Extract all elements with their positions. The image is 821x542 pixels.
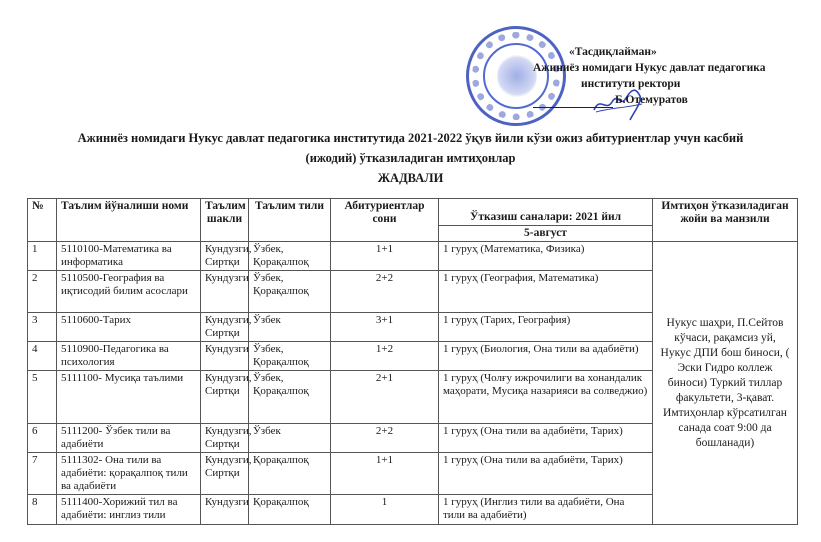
header-row: № Таълим йўналиши номи Таълим шакли Таъл…	[28, 199, 798, 226]
title-line-2: (ижодий) ўтказиладиган имтиҳонлар	[0, 148, 821, 168]
row-language: Ўзбек	[249, 424, 331, 453]
row-num: 8	[28, 495, 57, 525]
row-applicants: 1+2	[331, 342, 439, 371]
title-line-1: Ажиниёз номидаги Нукус давлат педагогика…	[0, 128, 821, 148]
row-group: 1 гуруҳ (Биология, Она тили ва адабиёти)	[439, 342, 653, 371]
approval-heading: «Тасдиқлайман»	[533, 44, 773, 60]
row-form: Кундузги, Сиртқи	[201, 371, 249, 424]
row-applicants: 2+1	[331, 371, 439, 424]
header-location: Имтиҳон ўтказиладиган жойи ва манзили	[653, 199, 798, 242]
row-direction: 5110100-Математика ва информатика	[57, 242, 201, 271]
row-language: Ўзбек, Қорақалпоқ	[249, 271, 331, 313]
row-language: Ўзбек	[249, 313, 331, 342]
row-group: 1 гуруҳ (Математика, Физика)	[439, 242, 653, 271]
row-group: 1 гуруҳ (География, Математика)	[439, 271, 653, 313]
row-language: Қорақалпоқ	[249, 495, 331, 525]
header-form: Таълим шакли	[201, 199, 249, 242]
row-num: 6	[28, 424, 57, 453]
row-language: Қорақалпоқ	[249, 453, 331, 495]
table-row: 15110100-Математика ва информатикаКундуз…	[28, 242, 798, 271]
row-applicants: 3+1	[331, 313, 439, 342]
row-direction: 5111302- Она тили ва адабиёти: қорақалпо…	[57, 453, 201, 495]
exam-schedule-table: № Таълим йўналиши номи Таълим шакли Таъл…	[27, 198, 798, 525]
row-language: Ўзбек, Қорақалпоқ	[249, 242, 331, 271]
row-num: 5	[28, 371, 57, 424]
title-line-3: ЖАДВАЛИ	[0, 168, 821, 188]
row-language: Ўзбек, Қорақалпоқ	[249, 371, 331, 424]
row-direction: 5110900-Педагогика ва психология	[57, 342, 201, 371]
row-form: Кундузги, Сиртқи	[201, 313, 249, 342]
approval-institution: Ажиниёз номидаги Нукус давлат педагогика	[533, 60, 773, 76]
header-date-sub: 5-август	[439, 226, 653, 242]
header-applicants: Абитуриентлар сони	[331, 199, 439, 242]
document-title: Ажиниёз номидаги Нукус давлат педагогика…	[0, 128, 821, 188]
row-num: 4	[28, 342, 57, 371]
signature-underline	[533, 95, 613, 108]
header-direction: Таълим йўналиши номи	[57, 199, 201, 242]
row-applicants: 1	[331, 495, 439, 525]
row-form: Кундузги	[201, 271, 249, 313]
row-num: 3	[28, 313, 57, 342]
row-num: 2	[28, 271, 57, 313]
header-language: Таълим тили	[249, 199, 331, 242]
approval-block: «Тасдиқлайман» Ажиниёз номидаги Нукус да…	[533, 44, 773, 108]
approval-position: институти ректори	[533, 76, 773, 92]
row-form: Кундузги, Сиртқи	[201, 453, 249, 495]
row-group: 1 гуруҳ (Чолғу ижрочилиги ва хонандалик …	[439, 371, 653, 424]
row-direction: 5111100- Мусиқа таълими	[57, 371, 201, 424]
row-applicants: 2+2	[331, 271, 439, 313]
header-dates: Ўтказиш саналари: 2021 йил	[439, 199, 653, 226]
row-form: Кундузги	[201, 342, 249, 371]
row-applicants: 1+1	[331, 453, 439, 495]
row-group: 1 гуруҳ (Инглиз тили ва адабиёти, Она ти…	[439, 495, 653, 525]
row-group: 1 гуруҳ (Она тили ва адабиёти, Тарих)	[439, 424, 653, 453]
exam-location: Нукус шаҳри, П.Сейтов кўчаси, рақамсиз у…	[653, 242, 798, 525]
row-num: 1	[28, 242, 57, 271]
row-direction: 5111200- Ўзбек тили ва адабиёти	[57, 424, 201, 453]
stamp-emblem-icon	[497, 53, 537, 99]
row-applicants: 1+1	[331, 242, 439, 271]
row-group: 1 гуруҳ (Тарих, География)	[439, 313, 653, 342]
approval-signature-line: Б.Отемуратов	[533, 92, 773, 108]
row-num: 7	[28, 453, 57, 495]
row-direction: 5110500-География ва иқтисодий билим асо…	[57, 271, 201, 313]
row-form: Кундузги	[201, 495, 249, 525]
row-direction: 5110600-Тарих	[57, 313, 201, 342]
row-applicants: 2+2	[331, 424, 439, 453]
row-form: Кундузги, Сиртқи	[201, 242, 249, 271]
row-direction: 5111400-Хорижий тил ва адабиёти: инглиз …	[57, 495, 201, 525]
row-language: Ўзбек, Қорақалпоқ	[249, 342, 331, 371]
approval-signatory: Б.Отемуратов	[615, 92, 688, 108]
row-group: 1 гуруҳ (Она тили ва адабиёти, Тарих)	[439, 453, 653, 495]
header-num: №	[28, 199, 57, 242]
row-form: Кундузги, Сиртқи	[201, 424, 249, 453]
table-body: 15110100-Математика ва информатикаКундуз…	[28, 242, 798, 525]
